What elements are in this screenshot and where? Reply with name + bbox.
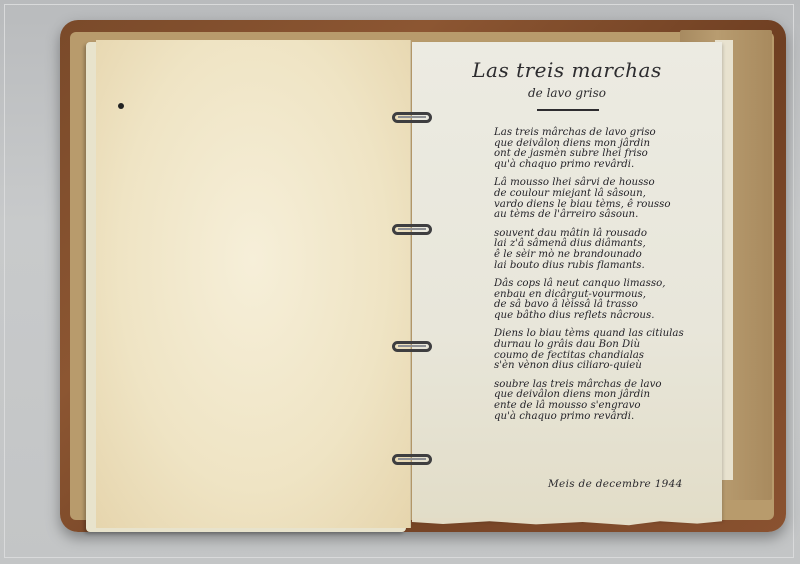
stanza-5: Diens lo biau tèms quand las citiulas du… (494, 329, 694, 372)
stanza-1: Las treis mârchas de lavo griso que deiv… (494, 128, 694, 171)
stanza-3: souvent dau mâtin lâ rousado lai z'â sâm… (494, 229, 694, 272)
poem-line: que bâtho dius reflets nâcrous. (494, 311, 694, 322)
poem-line: qu'à chaquo primo revârdi. (494, 412, 694, 423)
stanza-2: Lâ mousso lhei sârvi de housso de coulou… (494, 178, 694, 221)
stanza-4: Dâs cops lâ neut canquo limasso, enbau e… (494, 279, 694, 322)
poem-title: Las treis marchas (412, 58, 722, 82)
binder-ring-2 (392, 224, 432, 235)
ink-spot (118, 103, 124, 109)
stanza-6: soubre las treis mârchas de lavo que dei… (494, 380, 694, 423)
poem-subtitle: de lavo griso (412, 86, 722, 100)
title-underline (537, 109, 599, 111)
date-signature: Meis de decembre 1944 (548, 478, 683, 490)
left-page-blank (96, 40, 411, 528)
poem-line: s'èn vènon dius ciliaro-quieù (494, 361, 694, 372)
poem-line: au tèms de l'ârreiro sâsoun. (494, 210, 694, 221)
binder-ring-4 (392, 454, 432, 465)
binder-ring-3 (392, 341, 432, 352)
poem-line: lai bouto dius rubis flamants. (494, 261, 694, 272)
poem-body: Las treis mârchas de lavo griso que deiv… (494, 128, 694, 430)
poem-line: qu'à chaquo primo revârdi. (494, 160, 694, 171)
binder-ring-1 (392, 112, 432, 123)
